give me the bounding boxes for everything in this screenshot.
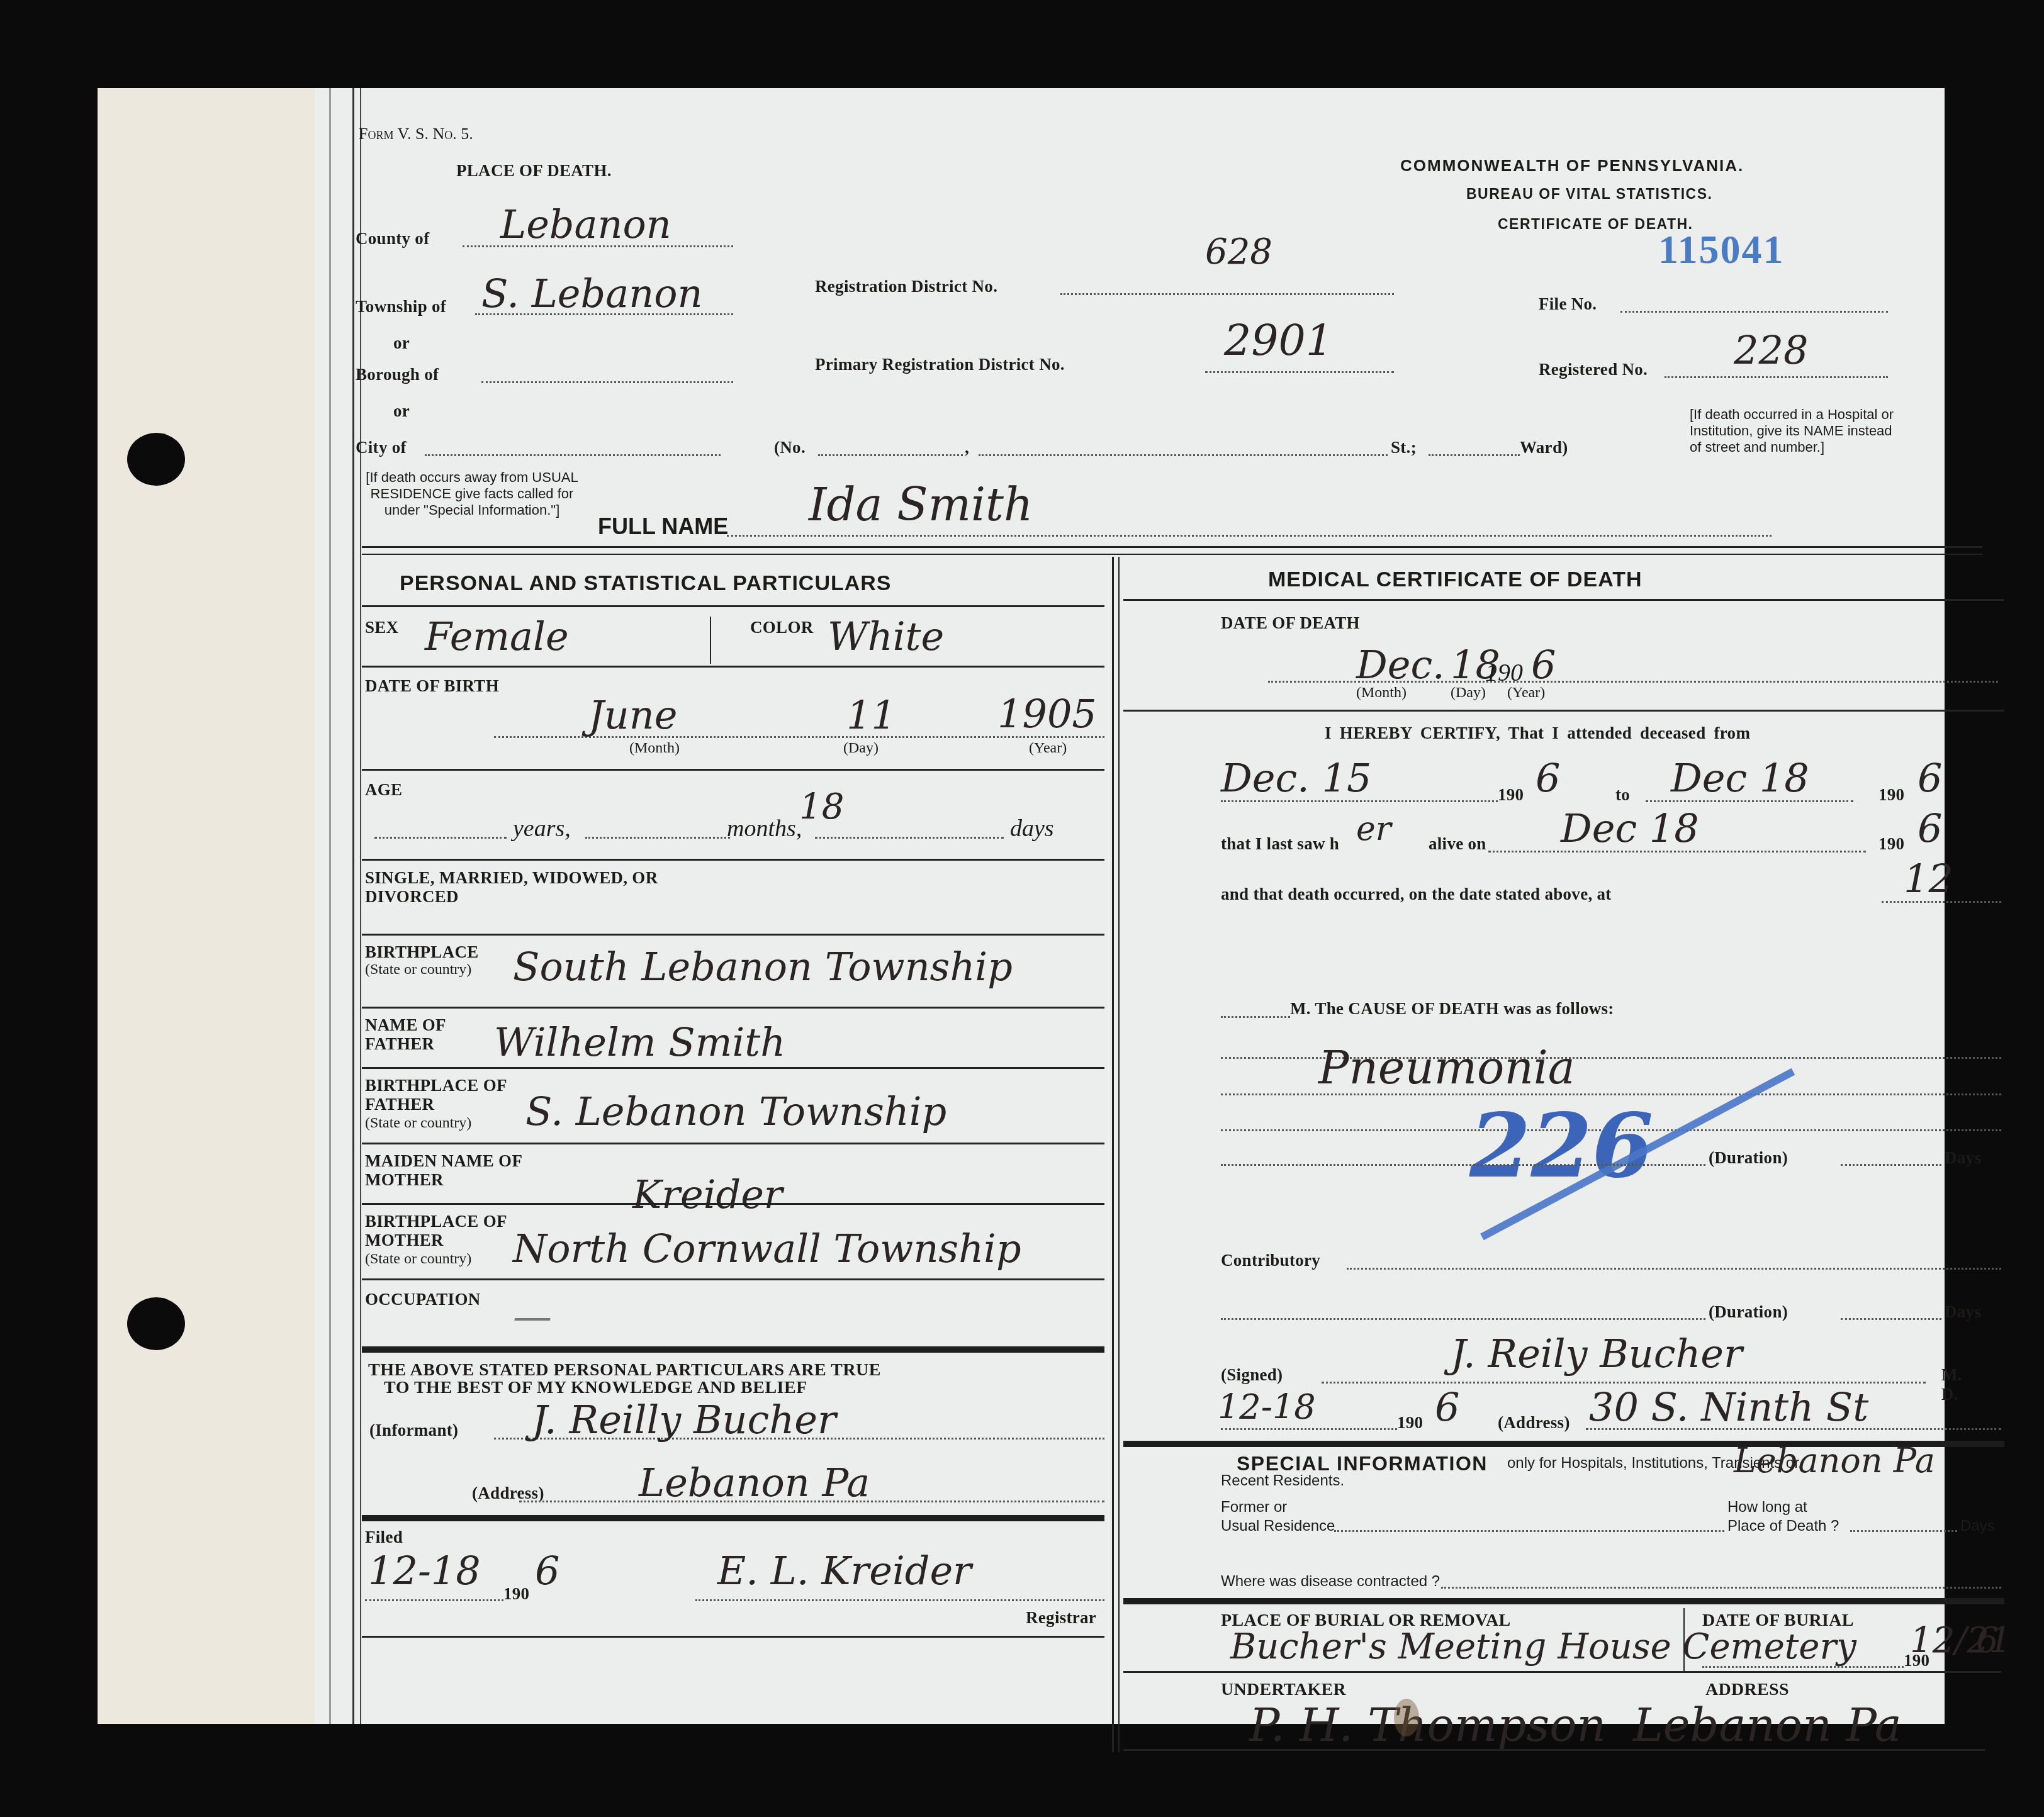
margin-rule-inner	[360, 88, 361, 1724]
occupation-label: OCCUPATION	[365, 1290, 481, 1309]
attended-to: Dec 18	[1671, 755, 1809, 801]
duration-1-days-line	[1841, 1164, 1941, 1166]
personal-section-title: PERSONAL AND STATISTICAL PARTICULARS	[400, 571, 892, 596]
rule-father-birthplace	[362, 1143, 1104, 1144]
header-divider-2	[362, 554, 1982, 555]
former-label-2: Usual Residence	[1221, 1518, 1335, 1535]
street-no-label: (No.	[774, 438, 806, 457]
certify-text: I HEREBY CERTIFY, That I attended deceas…	[1325, 724, 1750, 743]
attended-from: Dec. 15	[1221, 755, 1371, 801]
attended-to-year: 6	[1918, 755, 1942, 801]
last-saw-label: that I last saw h	[1221, 834, 1339, 854]
ward-line	[1429, 454, 1520, 456]
attended-to-line	[1646, 800, 1853, 802]
primary-district-line	[1205, 371, 1394, 373]
cause-label: M. The CAUSE OF DEATH was as follows:	[1290, 999, 1614, 1019]
rule-informant	[362, 1515, 1104, 1521]
duration-2-label: (Duration)	[1709, 1302, 1788, 1322]
column-divider-2	[1118, 557, 1120, 1752]
rule-special-end	[1123, 1598, 2004, 1604]
signed-date-line	[1221, 1428, 1397, 1430]
primary-district-label: Primary Registration District No.	[815, 355, 1065, 374]
former-label-1: Former or	[1221, 1499, 1287, 1516]
signed-year-suffix: 6	[1435, 1384, 1459, 1430]
header-divider	[362, 546, 1982, 548]
mother-birthplace-label: BIRTHPLACE OF MOTHER	[365, 1212, 510, 1250]
registrar-line	[695, 1599, 1104, 1601]
hospital-note: [If death occurred in a Hospital or Inst…	[1690, 406, 1904, 456]
age-days-line	[815, 837, 1004, 839]
binding-stub	[98, 88, 315, 1724]
ward-label: Ward)	[1520, 438, 1568, 457]
county-value: Lebanon	[500, 201, 671, 247]
registered-no-line	[1665, 376, 1888, 378]
duration-2-days-line	[1841, 1318, 1941, 1320]
stub-fold	[329, 88, 331, 1724]
rule-date-of-death	[1123, 710, 2004, 712]
commonwealth-title: COMMONWEALTH OF PENNSYLVANIA.	[1400, 156, 1744, 176]
rule-birthplace	[362, 1007, 1104, 1009]
registrar-signature: E. L. Kreider	[717, 1548, 972, 1594]
sex-color-divider	[710, 617, 711, 664]
death-day-caption: (Day)	[1451, 685, 1486, 702]
how-long-2: Place of Death ?	[1727, 1518, 1839, 1535]
father-birthplace-state-note: (State or country)	[365, 1115, 471, 1132]
duration-1-days: Days	[1945, 1148, 1981, 1168]
file-no-label: File No.	[1539, 294, 1597, 314]
signed-year-prefix: 190	[1397, 1413, 1423, 1433]
rule-age	[362, 859, 1104, 861]
primary-district-value: 2901	[1224, 316, 1333, 366]
undertaker-label: UNDERTAKER	[1221, 1680, 1346, 1700]
birthplace-value: South Lebanon Township	[513, 944, 1013, 990]
age-months-caption: months,	[727, 815, 802, 842]
burial-place-value: Bucher's Meeting House Cemetery	[1230, 1626, 1856, 1667]
duration-1-line	[1221, 1164, 1705, 1166]
duration-1-label: (Duration)	[1709, 1148, 1788, 1168]
duration-2-line	[1221, 1318, 1705, 1320]
rule-mother-birthplace	[362, 1278, 1104, 1280]
full-name-line	[727, 535, 1772, 537]
duration-2-days: Days	[1945, 1302, 1981, 1322]
rule-occupation	[362, 1346, 1104, 1353]
mother-birthplace-value: North Cornwall Township	[513, 1226, 1021, 1272]
attended-from-year: 6	[1536, 755, 1560, 801]
registrar-label: Registrar	[1026, 1608, 1096, 1628]
sex-label: SEX	[365, 618, 398, 637]
sex-value: Female	[425, 613, 569, 659]
registered-no-label: Registered No.	[1539, 360, 1648, 379]
filed-label: Filed	[365, 1528, 403, 1547]
contributory-line	[1347, 1268, 2001, 1270]
how-long-line	[1850, 1530, 1957, 1532]
father-birthplace-value: S. Lebanon Township	[525, 1088, 946, 1134]
birthplace-state-note: (State or country)	[365, 961, 471, 978]
filed-line	[365, 1599, 503, 1601]
informant-label: (Informant)	[369, 1421, 458, 1440]
former-residence-value: Lebanon Pa	[1734, 1441, 1935, 1480]
death-year-prefix: 190	[1485, 657, 1523, 687]
undertaker-address-label: ADDRESS	[1705, 1680, 1789, 1700]
ink-stain	[1394, 1699, 1419, 1736]
or-label-2: or	[393, 401, 410, 421]
alive-on-value: Dec 18	[1561, 805, 1699, 851]
physician-address-label: (Address)	[1498, 1413, 1570, 1433]
age-days-caption: days	[1010, 815, 1054, 842]
dob-month-caption: (Month)	[629, 740, 680, 757]
burial-date-line	[1702, 1666, 1904, 1668]
informant-address-value: Lebanon Pa	[639, 1460, 870, 1506]
dob-day-caption: (Day)	[843, 740, 879, 757]
township-value: S. Lebanon	[481, 271, 702, 316]
alive-on-year: 6	[1918, 805, 1942, 851]
or-label-1: or	[393, 333, 410, 353]
mother-birthplace-state-note: (State or country)	[365, 1251, 471, 1268]
file-no-line	[1620, 311, 1888, 313]
undertaker-value: P. H. Thompson	[1249, 1699, 1606, 1752]
dob-year-caption: (Year)	[1029, 740, 1067, 757]
death-time-line	[1882, 901, 2001, 903]
contracted-line	[1441, 1587, 2001, 1589]
certificate-number-stamp: 115041	[1658, 226, 1784, 273]
full-name-label: FULL NAME	[598, 513, 728, 540]
rule-mother-maiden	[362, 1203, 1104, 1205]
cause-prefix-line	[1221, 1016, 1290, 1018]
rule-undertaker	[1123, 1749, 1985, 1751]
column-divider	[1112, 557, 1114, 1752]
rule-sex	[362, 666, 1104, 668]
alive-on-year-prefix: 190	[1878, 834, 1904, 854]
father-value: Wilhelm Smith	[494, 1019, 785, 1065]
cause-value: Pneumonia	[1318, 1041, 1575, 1094]
contributory-label: Contributory	[1221, 1251, 1320, 1270]
attended-to-year-prefix: 190	[1878, 785, 1904, 805]
street-no-line	[818, 454, 963, 456]
how-long-1: How long at	[1727, 1499, 1807, 1516]
father-label: NAME OF FATHER	[365, 1015, 491, 1053]
age-years-line	[374, 837, 507, 839]
filed-year-prefix: 190	[503, 1584, 529, 1604]
rule-father	[362, 1067, 1104, 1069]
registered-no-value: 228	[1734, 327, 1808, 373]
dob-day: 11	[846, 692, 896, 738]
death-month: Dec.	[1356, 642, 1445, 688]
alive-on-label: alive on	[1429, 834, 1486, 854]
signed-line	[1322, 1382, 1926, 1384]
usual-residence-note: [If death occurs away from USUAL RESIDEN…	[356, 469, 588, 518]
certificate-page: Form V. S. No. 5. PLACE OF DEATH. County…	[98, 88, 1945, 1724]
registration-district-value: 628	[1205, 232, 1272, 272]
medical-title-rule	[1123, 599, 2004, 601]
mother-maiden-value: Kreider	[632, 1171, 783, 1217]
rule-filed	[362, 1636, 1104, 1638]
former-residence-line	[1334, 1530, 1724, 1532]
punch-hole-bottom	[127, 1297, 185, 1350]
how-long-days: Days	[1960, 1518, 1995, 1535]
filed-year-suffix: 6	[535, 1548, 559, 1594]
md-label: M. D.	[1941, 1365, 1962, 1404]
margin-rule	[352, 88, 354, 1724]
death-year-suffix: 6	[1531, 642, 1556, 688]
occupation-value: —	[513, 1293, 552, 1339]
death-year-caption: (Year)	[1507, 685, 1545, 702]
date-of-death-label: DATE OF DEATH	[1221, 613, 1360, 633]
birthplace-label: BIRTHPLACE	[365, 942, 479, 962]
city-line	[425, 454, 721, 456]
borough-label: Borough of	[356, 365, 439, 384]
full-name-value: Ida Smith	[809, 478, 1033, 531]
street-line	[979, 454, 1388, 456]
filed-value: 12-18	[368, 1548, 481, 1594]
physician-address-value: 30 S. Ninth St	[1589, 1384, 1868, 1430]
burial-year-suffix: 6	[1976, 1620, 1999, 1661]
registration-district-line	[1060, 293, 1394, 295]
bureau-title: BUREAU OF VITAL STATISTICS.	[1466, 186, 1712, 203]
signed-date: 12-18	[1218, 1387, 1316, 1427]
attended-from-line	[1221, 800, 1498, 802]
rule-dob	[362, 769, 1104, 771]
township-label: Township of	[356, 297, 446, 316]
color-value: White	[828, 613, 944, 659]
recent-residents: Recent Residents.	[1221, 1472, 1344, 1490]
color-label: COLOR	[750, 618, 814, 637]
undertaker-address-value: Lebanon Pa	[1633, 1699, 1902, 1752]
contracted-label: Where was disease contracted ?	[1221, 1573, 1440, 1591]
dob-year: 1905	[997, 691, 1097, 737]
burial-year-prefix: 190	[1904, 1651, 1929, 1670]
death-month-caption: (Month)	[1356, 685, 1407, 702]
borough-line	[481, 381, 733, 383]
attended-from-year-prefix: 190	[1498, 785, 1524, 805]
attestation-line-2: TO THE BEST OF MY KNOWLEDGE AND BELIEF	[384, 1378, 807, 1398]
father-birthplace-label: BIRTHPLACE OF FATHER	[365, 1076, 510, 1114]
blue-pencil-code: 226	[1469, 1095, 1653, 1198]
city-label: City of	[356, 438, 407, 457]
medical-section-title: MEDICAL CERTIFICATE OF DEATH	[1268, 567, 1642, 592]
physician-address-line	[1586, 1428, 2001, 1430]
age-years-caption: years,	[513, 815, 571, 842]
dob-label: DATE OF BIRTH	[365, 676, 499, 696]
form-number: Form V. S. No. 5.	[359, 125, 473, 143]
st-label: St.;	[1391, 438, 1417, 457]
dob-month: June	[588, 692, 677, 738]
county-label: County of	[356, 229, 429, 249]
physician-signature: J. Reily Bucher	[1451, 1331, 1743, 1377]
informant-value: J. Reilly Bucher	[532, 1397, 836, 1443]
comma: ,	[965, 438, 969, 457]
to-label: to	[1615, 785, 1630, 805]
rule-marital	[362, 934, 1104, 936]
marital-label: SINGLE, MARRIED, WIDOWED, OR DIVORCED	[365, 868, 692, 906]
punch-hole-top	[127, 433, 185, 486]
registration-district-label: Registration District No.	[815, 277, 997, 296]
age-months-line	[585, 837, 730, 839]
rule-burial	[1123, 1671, 2001, 1673]
death-time-label: and that death occurred, on the date sta…	[1221, 885, 1612, 904]
mother-maiden-label: MAIDEN NAME OF MOTHER	[365, 1151, 529, 1189]
alive-on-line	[1488, 851, 1866, 853]
age-label: AGE	[365, 780, 402, 800]
place-of-death-title: PLACE OF DEATH.	[456, 161, 612, 181]
age-months-value: 18	[799, 786, 844, 827]
last-saw-pronoun: er	[1356, 810, 1391, 848]
death-time-value: 12	[1904, 856, 1953, 902]
signed-label: (Signed)	[1221, 1365, 1283, 1385]
personal-title-rule	[362, 605, 1104, 607]
